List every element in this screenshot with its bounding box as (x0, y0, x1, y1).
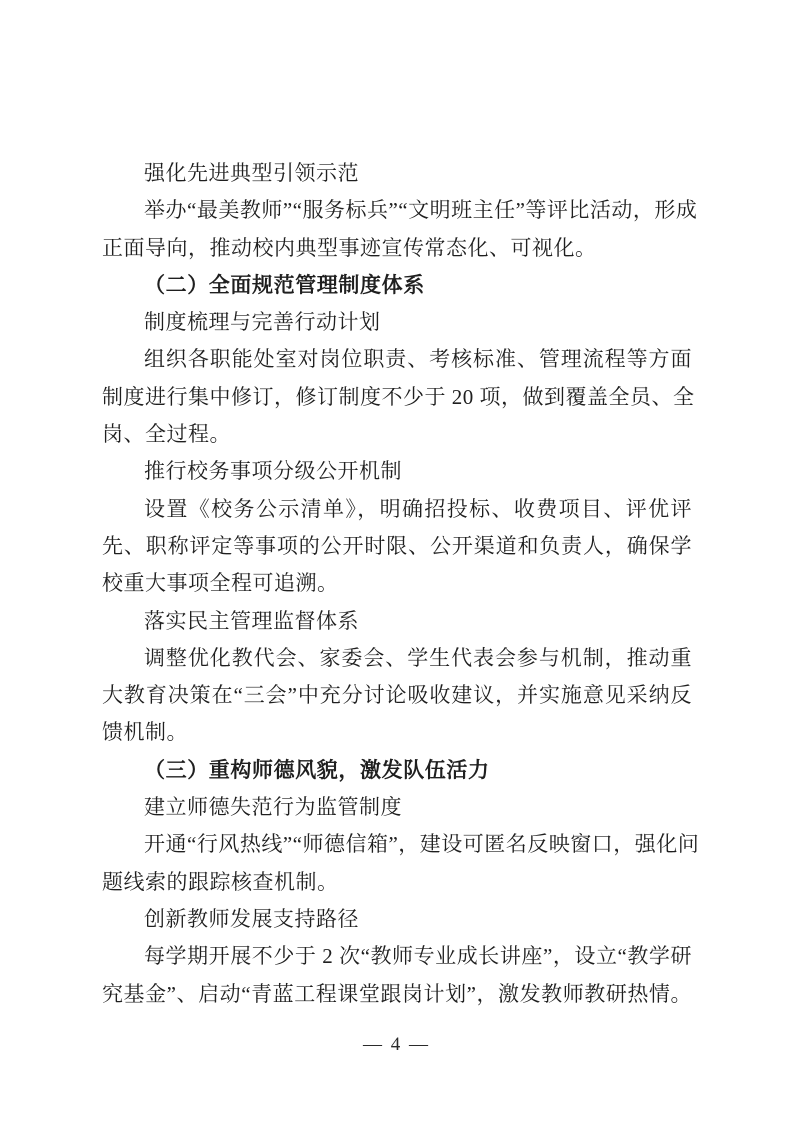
body-line: 题线索的跟踪核查机制。 (102, 864, 692, 901)
document-body: 强化先进典型引领示范 举办“最美教师”“服务标兵”“文明班主任”等评比活动，形成… (102, 155, 692, 1013)
body-line: 调整优化教代会、家委会、学生代表会参与机制，推动重 (102, 640, 692, 677)
body-line: 制度进行集中修订，修订制度不少于 20 项，做到覆盖全员、全 (102, 379, 692, 416)
body-line: 先、职称评定等事项的公开时限、公开渠道和负责人，确保学 (102, 528, 692, 565)
section-heading-2: （二）全面规范管理制度体系 (102, 267, 692, 304)
document-page: 强化先进典型引领示范 举办“最美教师”“服务标兵”“文明班主任”等评比活动，形成… (0, 0, 793, 1122)
body-line: 岗、全过程。 (102, 416, 692, 453)
body-line: 每学期开展不少于 2 次“教师专业成长讲座”，设立“教学研 (102, 938, 692, 975)
section-heading-3: （三）重构师德风貌，激发队伍活力 (102, 752, 692, 789)
body-line: 正面导向，推动校内典型事迹宣传常态化、可视化。 (102, 230, 692, 267)
body-line: 校重大事项全程可追溯。 (102, 565, 692, 602)
body-line: 究基金”、启动“青蓝工程课堂跟岗计划”，激发教师教研热情。 (102, 976, 692, 1013)
body-line: 举办“最美教师”“服务标兵”“文明班主任”等评比活动，形成 (102, 192, 692, 229)
subheading-line: 建立师德失范行为监管制度 (102, 789, 692, 826)
subheading-line: 落实民主管理监督体系 (102, 603, 692, 640)
subheading-line: 制度梳理与完善行动计划 (102, 304, 692, 341)
subheading-line: 创新教师发展支持路径 (102, 901, 692, 938)
body-line: 设置《校务公示清单》，明确招投标、收费项目、评优评 (102, 491, 692, 528)
subheading-line: 推行校务事项分级公开机制 (102, 453, 692, 490)
body-line: 馈机制。 (102, 714, 692, 751)
body-line: 开通“行风热线”“师德信箱”，建设可匿名反映窗口，强化问 (102, 826, 692, 863)
body-line: 大教育决策在“三会”中充分讨论吸收建议，并实施意见采纳反 (102, 677, 692, 714)
body-line: 组织各职能处室对岗位职责、考核标准、管理流程等方面 (102, 341, 692, 378)
page-number: — 4 — (0, 1034, 793, 1056)
subheading-line: 强化先进典型引领示范 (102, 155, 692, 192)
